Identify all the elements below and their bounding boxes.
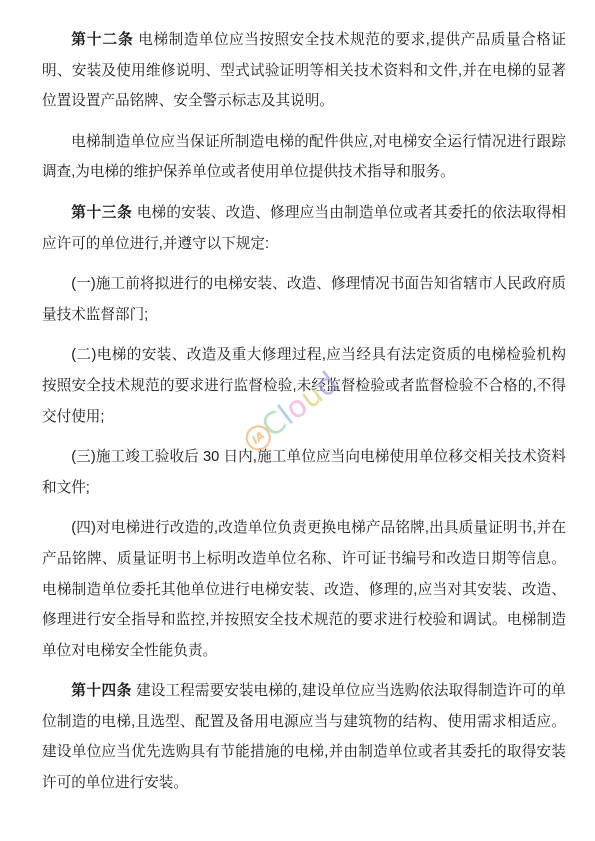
- paragraph: 第十二条 电梯制造单位应当按照安全技术规范的要求,提供产品质量合格证明、安装及使…: [42, 25, 566, 117]
- paragraph: (三)施工竣工验收后 30 日内,施工单位应当向电梯使用单位移交相关技术资料和文…: [42, 442, 566, 503]
- paragraph: (一)施工前将拟进行的电梯安装、改造、修理情况书面告知省辖市人民政府质量技术监督…: [42, 269, 566, 330]
- article-number: 第十三条: [71, 205, 132, 221]
- paragraph: 第十四条 建设工程需要安装电梯的,建设单位应当选购依法取得制造许可的单位制造的电…: [42, 676, 566, 798]
- article-number: 第十四条: [71, 683, 132, 699]
- article-number: 第十二条: [71, 32, 134, 48]
- paragraph: (二)电梯的安装、改造及重大修理过程,应当经具有法定资质的电梯检验机构按照安全技…: [42, 340, 566, 432]
- document-body: 第十二条 电梯制造单位应当按照安全技术规范的要求,提供产品质量合格证明、安装及使…: [42, 25, 566, 809]
- paragraph: 电梯制造单位应当保证所制造电梯的配件供应,对电梯安全运行情况进行跟踪调查,为电梯…: [42, 127, 566, 188]
- document-page: 第十二条 电梯制造单位应当按照安全技术规范的要求,提供产品质量合格证明、安装及使…: [0, 0, 595, 841]
- paragraph: (四)对电梯进行改造的,改造单位负责更换电梯产品铭牌,出具质量证明书,并在产品铭…: [42, 513, 566, 666]
- paragraph: 第十三条 电梯的安装、改造、修理应当由制造单位或者其委托的依法取得相应许可的单位…: [42, 198, 566, 259]
